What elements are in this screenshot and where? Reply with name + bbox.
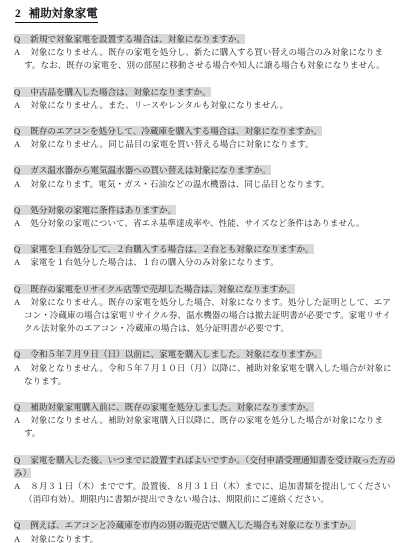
- question-highlight: Q家電を１台処分して、２台購入する場合は、２台とも対象になりますか。: [14, 244, 314, 254]
- question-text: 補助対象家電購入前に、既存の家電を処分しました。対象になりますか。: [30, 402, 314, 412]
- question-line: Q新規で対象家電を設置する場合は、対象になりますか。: [14, 33, 397, 46]
- qa-block: Q例えば、エアコンと冷蔵庫を市内の別の販売店で購入した場合も対象になりますか。 …: [14, 519, 397, 543]
- question-text: 家電を購入した後、いつまでに設置すればよいですか。（交付申請受理通知書を受け取っ…: [14, 455, 395, 478]
- question-line: Q既存の家電をリサイクル店等で売却した場合は、対象になりますか。: [14, 283, 397, 296]
- answer-line: A対象になります。: [14, 533, 397, 543]
- question-highlight: Q家電を購入した後、いつまでに設置すればよいですか。（交付申請受理通知書を受け取…: [14, 455, 395, 478]
- qa-block: Q家電を購入した後、いつまでに設置すればよいですか。（交付申請受理通知書を受け取…: [14, 454, 397, 507]
- answer-line: A８月３１日（木）までです。設置後、８月３１日（木）までに、追加書類を提出してく…: [14, 480, 397, 506]
- question-label: Q: [14, 34, 20, 44]
- answer-line: A対象になりません。補助対象家電購入日以降に、既存の家電を処分した場合が対象にな…: [14, 414, 397, 440]
- answer-text: ８月３１日（木）までです。設置後、８月３１日（木）までに、追加書類を提出してくだ…: [24, 481, 390, 504]
- answer-label: A: [14, 218, 20, 228]
- question-line: Qガス温水器から電気温水器への買い替えは対象になりますか。: [14, 164, 397, 177]
- question-highlight: Qガス温水器から電気温水器への買い替えは対象になりますか。: [14, 165, 271, 175]
- question-label: Q: [14, 126, 20, 136]
- answer-label: A: [14, 100, 20, 110]
- answer-text: 処分対象の家電について、省エネ基準達成率や、性能、サイズなど条件はありません。: [30, 218, 364, 228]
- answer-text: 対象になります。電気・ガス・石油などの温水機器は、同じ品目となります。: [30, 179, 329, 189]
- answer-line: A対象になりません。同じ品目の家電を買い替える場合に対象になります。: [14, 138, 397, 151]
- question-label: Q: [14, 349, 20, 359]
- question-highlight: Q中古品を購入した場合は、対象になりますか。: [14, 87, 211, 97]
- qa-block: Q中古品を購入した場合は、対象になりますか。 A対象になりません。また、リースや…: [14, 86, 397, 112]
- section-heading-underline: 2補助対象家電: [15, 8, 98, 23]
- question-line: Q処分対象の家電に条件はありますか。: [14, 204, 397, 217]
- answer-label: A: [14, 363, 20, 373]
- answer-label: A: [14, 139, 20, 149]
- question-label: Q: [14, 520, 20, 530]
- qa-block: Q処分対象の家電に条件はありますか。 A処分対象の家電について、省エネ基準達成率…: [14, 204, 397, 230]
- question-text: 令和５年７月９日（日）以前に、家電を購入しました。対象になりますか。: [30, 349, 322, 359]
- answer-text: 対象になります。: [30, 534, 98, 543]
- qa-list: Q新規で対象家電を設置する場合は、対象になりますか。 A対象になりません。既存の…: [14, 33, 397, 543]
- question-text: 既存の家電をリサイクル店等で売却した場合は、対象になりますか。: [30, 284, 295, 294]
- question-line: Q家電を購入した後、いつまでに設置すればよいですか。（交付申請受理通知書を受け取…: [14, 454, 397, 480]
- answer-line: A対象になりません。既存の家電を処分した場合、対象になります。処分した証明として…: [14, 296, 397, 336]
- answer-label: A: [14, 47, 20, 57]
- question-line: Q例えば、エアコンと冷蔵庫を市内の別の販売店で購入した場合も対象になりますか。: [14, 519, 397, 532]
- question-highlight: Q新規で対象家電を設置する場合は、対象になりますか。: [14, 34, 245, 44]
- answer-label: A: [14, 534, 20, 543]
- answer-line: A対象になりません。既存の家電を処分し、新たに購入する買い替えの場合のみ対象にな…: [14, 46, 397, 72]
- question-label: Q: [14, 205, 20, 215]
- question-label: Q: [14, 402, 20, 412]
- section-title-text: 補助対象家電: [29, 8, 98, 20]
- answer-label: A: [14, 257, 20, 267]
- answer-line: A対象になりません。また、リースやレンタルも対象になりません。: [14, 99, 397, 112]
- answer-text: 家電を１台処分した場合は、１台の購入分のみ対象になります。: [30, 257, 279, 267]
- answer-text: 対象になりません。補助対象家電購入日以降に、既存の家電を処分した場合が対象になり…: [24, 415, 383, 438]
- qa-block: Qガス温水器から電気温水器への買い替えは対象になりますか。 A対象になります。電…: [14, 164, 397, 190]
- question-line: Q中古品を購入した場合は、対象になりますか。: [14, 86, 397, 99]
- section-number: 2: [15, 8, 21, 20]
- answer-text: 対象となりません。令和５年７月１０日（月）以降に、補助対象家電を購入した場合が対…: [24, 363, 392, 386]
- faq-document-page: 2補助対象家電 Q新規で対象家電を設置する場合は、対象になりますか。 A対象にな…: [0, 0, 412, 543]
- question-highlight: Q既存の家電をリサイクル店等で売却した場合は、対象になりますか。: [14, 284, 295, 294]
- answer-label: A: [14, 415, 20, 425]
- question-line: Q家電を１台処分して、２台購入する場合は、２台とも対象になりますか。: [14, 243, 397, 256]
- qa-block: Q家電を１台処分して、２台購入する場合は、２台とも対象になりますか。 A家電を１…: [14, 243, 397, 269]
- question-line: Q令和５年７月９日（日）以前に、家電を購入しました。対象になりますか。: [14, 348, 397, 361]
- question-highlight: Q例えば、エアコンと冷蔵庫を市内の別の販売店で購入した場合も対象になりますか。: [14, 520, 356, 530]
- answer-text: 対象になりません。既存の家電を処分し、新たに購入する買い替えの場合のみ対象になり…: [24, 47, 385, 70]
- question-text: 新規で対象家電を設置する場合は、対象になりますか。: [30, 34, 245, 44]
- question-text: 既存のエアコンを処分して、冷蔵庫を購入する場合は、対象になりますか。: [30, 126, 322, 136]
- question-highlight: Q既存のエアコンを処分して、冷蔵庫を購入する場合は、対象になりますか。: [14, 126, 322, 136]
- question-line: Q既存のエアコンを処分して、冷蔵庫を購入する場合は、対象になりますか。: [14, 125, 397, 138]
- answer-label: A: [14, 481, 20, 491]
- question-text: 例えば、エアコンと冷蔵庫を市内の別の販売店で購入した場合も対象になりますか。: [30, 520, 356, 530]
- qa-block: Q既存の家電をリサイクル店等で売却した場合は、対象になりますか。 A対象になりま…: [14, 283, 397, 336]
- answer-line: A対象になります。電気・ガス・石油などの温水機器は、同じ品目となります。: [14, 178, 397, 191]
- answer-line: A処分対象の家電について、省エネ基準達成率や、性能、サイズなど条件はありません。: [14, 217, 397, 230]
- question-highlight: Q令和５年７月９日（日）以前に、家電を購入しました。対象になりますか。: [14, 349, 322, 359]
- question-label: Q: [14, 165, 20, 175]
- answer-line: A対象となりません。令和５年７月１０日（月）以降に、補助対象家電を購入した場合が…: [14, 362, 397, 388]
- qa-block: Q令和５年７月９日（日）以前に、家電を購入しました。対象になりますか。 A対象と…: [14, 348, 397, 388]
- answer-text: 対象になりません。また、リースやレンタルも対象になりません。: [30, 100, 288, 110]
- question-label: Q: [14, 87, 20, 97]
- question-label: Q: [14, 244, 20, 254]
- qa-block: Q新規で対象家電を設置する場合は、対象になりますか。 A対象になりません。既存の…: [14, 33, 397, 73]
- question-highlight: Q補助対象家電購入前に、既存の家電を処分しました。対象になりますか。: [14, 402, 314, 412]
- question-text: 家電を１台処分して、２台購入する場合は、２台とも対象になりますか。: [30, 244, 313, 254]
- answer-text: 対象になりません。既存の家電を処分した場合、対象になります。処分した証明として、…: [24, 297, 391, 333]
- answer-label: A: [14, 297, 20, 307]
- qa-block: Q補助対象家電購入前に、既存の家電を処分しました。対象になりますか。 A対象にな…: [14, 401, 397, 441]
- question-text: 中古品を購入した場合は、対象になりますか。: [30, 87, 210, 97]
- question-label: Q: [14, 284, 20, 294]
- question-highlight: Q処分対象の家電に条件はありますか。: [14, 205, 176, 215]
- question-text: ガス温水器から電気温水器への買い替えは対象になりますか。: [30, 165, 271, 175]
- answer-line: A家電を１台処分した場合は、１台の購入分のみ対象になります。: [14, 256, 397, 269]
- question-text: 処分対象の家電に条件はありますか。: [30, 205, 176, 215]
- question-label: Q: [14, 455, 20, 465]
- qa-block: Q既存のエアコンを処分して、冷蔵庫を購入する場合は、対象になりますか。 A対象に…: [14, 125, 397, 151]
- question-line: Q補助対象家電購入前に、既存の家電を処分しました。対象になりますか。: [14, 401, 397, 414]
- section-heading: 2補助対象家電: [15, 8, 397, 23]
- answer-text: 対象になりません。同じ品目の家電を買い替える場合に対象になります。: [30, 139, 313, 149]
- answer-label: A: [14, 179, 20, 189]
